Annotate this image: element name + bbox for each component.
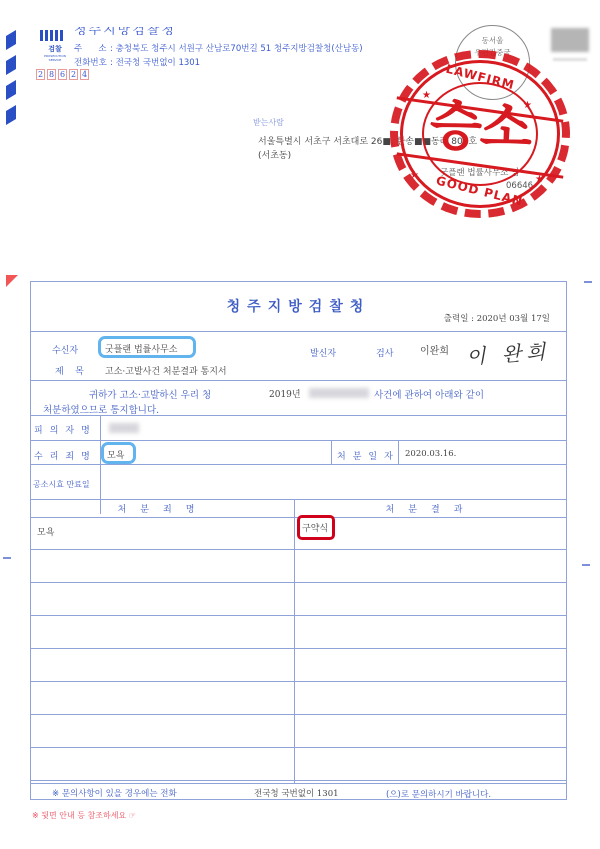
row-result: 구약식 [302, 521, 328, 534]
logo-sub: PROSECUTION SERVICE [40, 54, 70, 62]
disposition-date-label: 처분일자 [337, 449, 400, 462]
prosecutor-signature: 이 완희 [465, 335, 551, 370]
body-year: 2019년 [269, 387, 301, 400]
col-charge-header: 처분죄명 [31, 502, 295, 515]
victory-stamp: LAWFIRM 승소 GOOD PLAN ★ ★ ★ ★ [390, 50, 570, 218]
disposition-notice-form: 청주지방검찰청 출력일 : 2020년 03월 17일 수신자 굿플랜 법률사무… [30, 281, 567, 800]
sender-phone: 전화번호: 전국청 국번없이 1301 [74, 56, 200, 68]
backside-note: ※ 뒷면 안내 등 참조하세요 ☞ [32, 810, 136, 821]
sender-name: 이완희 [420, 342, 449, 357]
col-result-header: 처분결과 [295, 502, 567, 515]
body-line2: 처분하였으므로 통지합니다. [43, 402, 159, 416]
table-row [31, 616, 566, 649]
disposition-date-value: 2020.03.16. [405, 449, 456, 459]
margin-dash [3, 557, 11, 559]
received-charge-value: 모욕 [107, 448, 124, 461]
sender-role: 검사 [376, 346, 393, 359]
statute-label: 공소시효 만료일 [33, 479, 90, 490]
sender-address: 주 소: 충청북도 청주시 서원구 산남로70번길 51 청주지방검찰청(산남동… [74, 42, 363, 54]
body-line1-b: 사건에 관하여 아래와 같이 [374, 387, 484, 401]
table-row [31, 649, 566, 682]
redacted-suspect-name [109, 423, 139, 433]
body-line1-a: 귀하가 고소·고발하신 우리 청 [89, 387, 211, 401]
table-row [31, 550, 566, 583]
table-row [31, 583, 566, 616]
subject-value: 고소·고발사건 처분결과 통지서 [105, 364, 227, 377]
subject-label: 제 목 [55, 364, 84, 377]
star-icon: ★ [523, 100, 532, 111]
footer-text-b: (으)로 문의하시기 바랍니다. [386, 788, 491, 800]
table-row [31, 748, 566, 781]
sender-title: 청주지방검찰청 [74, 27, 176, 35]
envelope-stripes [6, 30, 18, 125]
recipient-label: 받는사람 [253, 117, 284, 128]
prosecution-logo: 검찰 PROSECUTION SERVICE [40, 30, 70, 62]
table-row [31, 682, 566, 715]
row-charge: 모욕 [37, 525, 54, 538]
margin-dash [582, 564, 590, 566]
suspect-label: 피의자명 [34, 423, 97, 436]
footer-text-a: ※ 문의사항이 있을 경우에는 전화 [52, 787, 177, 799]
stamp-main-text: 승소 [389, 89, 571, 165]
star-icon: ★ [535, 174, 544, 185]
star-icon: ★ [422, 90, 431, 101]
star-icon: ★ [410, 170, 419, 181]
table-row [31, 715, 566, 748]
received-charge-label: 수리죄명 [34, 449, 97, 462]
redacted-barcode [551, 28, 589, 52]
logo-bars-icon [40, 30, 70, 41]
receiver-label: 수신자 [52, 343, 78, 356]
receiver-value: 굿플랜 법률사무소 [105, 342, 177, 355]
margin-dash [584, 281, 592, 283]
footer-phone: 전국청 국번없이 1301 [254, 787, 339, 799]
table-row: 모욕구약식 [31, 517, 566, 550]
corner-mark-icon [6, 275, 18, 287]
sender-zip: 2 8 6 2 4 [36, 69, 89, 80]
redacted-case-number [309, 388, 369, 398]
print-date: 출력일 : 2020년 03월 17일 [444, 312, 550, 324]
logo-label: 검찰 [40, 44, 70, 54]
sender-label: 발신자 [310, 346, 336, 359]
